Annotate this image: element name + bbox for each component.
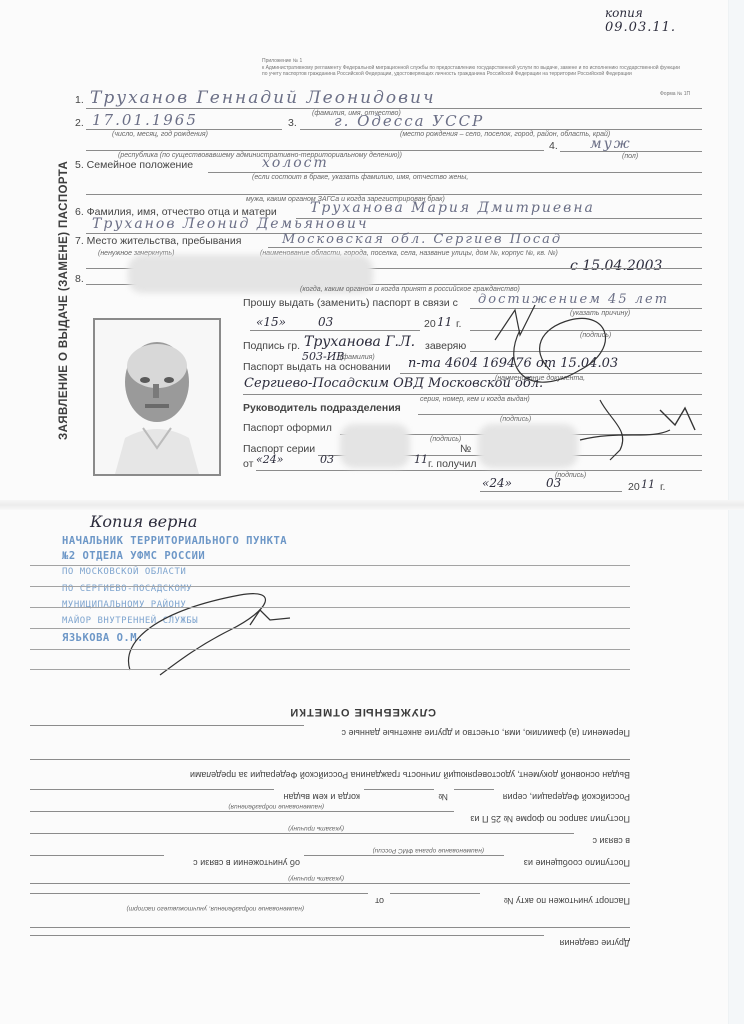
corner-note-date: 09.03.11.: [605, 20, 676, 35]
ruled-line: [30, 607, 630, 608]
field-5-marital-status[interactable]: холост: [262, 155, 329, 171]
request-year[interactable]: 11: [437, 315, 452, 329]
republic-hint: (республика (по существовавшему админист…: [118, 152, 402, 159]
field-5-label: 5. Семейное положение: [75, 159, 193, 171]
redacted-series: [340, 424, 410, 468]
field-8-number: 8.: [75, 273, 84, 285]
fms-hint: (наименование органа ФМС России): [373, 847, 484, 854]
field-3-number: 3.: [288, 117, 297, 129]
from-label: от: [243, 458, 253, 470]
destroyer-line: [30, 927, 630, 928]
issued-main-label: Выдан основной документ, удостоверяющий …: [190, 770, 630, 780]
act-from-line: [30, 893, 368, 894]
field-5-hint1: (если состоит в браке, указать фамилию, …: [252, 174, 468, 181]
request-date-month[interactable]: 03: [318, 315, 333, 329]
issued-by-hint: (подпись): [430, 436, 461, 443]
field-1-line: [86, 108, 702, 109]
issued-by-label: Паспорт оформил: [243, 422, 332, 434]
rf-number-line: [364, 789, 434, 790]
field-4-sex[interactable]: муж: [590, 136, 632, 152]
field-5-line2: [86, 194, 702, 195]
field-4-hint: (пол): [622, 153, 638, 160]
signature-name[interactable]: Труханова Г.Л.: [304, 334, 415, 350]
corner-note-copy: копия: [605, 6, 643, 20]
field-5-line: [208, 172, 702, 173]
head-label: Руководитель подразделения: [243, 402, 401, 414]
republic-line: [86, 150, 544, 151]
rf-when-label: когда и кем выдан: [284, 792, 360, 802]
act-from-label: от: [375, 896, 384, 906]
field-6-father[interactable]: Труханов Леонид Демьянович: [92, 216, 369, 232]
field-7-label: 7. Место жительства, пребывания: [75, 235, 241, 247]
field-3-birthplace[interactable]: г. Одесса УССР: [334, 112, 484, 130]
ruled-line: [30, 565, 630, 566]
stamp-line-3: ПО МОСКОВСКОЙ ОБЛАСТИ: [62, 567, 186, 577]
signature-scribbles-icon: [460, 290, 710, 490]
field-4-number: 4.: [549, 140, 558, 152]
received-date-line: [480, 491, 622, 492]
field-7-residence[interactable]: Московская обл. Сергиев Посад: [282, 232, 562, 247]
stamp-signature-icon: [120, 580, 300, 680]
field-7-since-date: с 15.04.2003: [570, 258, 662, 274]
ruled-line: [30, 586, 630, 587]
field-3-line: [300, 129, 702, 130]
in-connection-line: [30, 833, 574, 834]
request-date-day[interactable]: «15»: [256, 315, 286, 329]
reason-hint: (указать причину): [288, 825, 344, 832]
request-25p-label: Поступил запрос по форме № 25 П из: [470, 814, 630, 824]
reason-hint2: (указать причину): [288, 875, 344, 882]
reason-line2: [30, 883, 630, 884]
other-info-label: Другие сведения: [560, 938, 630, 948]
copy-certified-note: Копия верна: [90, 512, 197, 531]
changed-label: Переменил (а) фамилию, имя, отчество и д…: [341, 728, 630, 738]
field-2-hint: (число, месяц, год рождения): [112, 131, 208, 138]
applicant-photo: [93, 318, 221, 476]
signature-label: Подпись гр.: [243, 340, 300, 352]
changed-line2: [30, 759, 630, 760]
field-1-fullname[interactable]: Труханов Геннадий Леонидович: [90, 88, 436, 108]
field-6-mother[interactable]: Труханова Мария Дмитриевна: [310, 200, 595, 216]
from-day: «24»: [256, 453, 283, 466]
other-info-line: [30, 935, 544, 936]
destroyer-hint: (наименование подразделения, уничтоживше…: [126, 905, 304, 912]
ruled-line: [30, 649, 630, 650]
destroyed-act-label: Паспорт уничтожен по акту №: [504, 896, 630, 906]
surname-hint: (фамилия): [340, 354, 375, 361]
stamp-line-1: НАЧАЛЬНИК ТЕРРИТОРИАЛЬНОГО ПУНКТА: [62, 535, 287, 547]
field-2-number: 2.: [75, 117, 84, 129]
field-2-line: [86, 129, 282, 130]
message-from-label: Поступило сообщение из: [524, 858, 630, 868]
rf-series-line: [454, 789, 494, 790]
unit-hint: (наименование подразделения): [228, 803, 324, 810]
request-25p-line: [30, 811, 454, 812]
from-year: 11: [414, 453, 428, 466]
appendix-label: Приложение № 1: [262, 58, 302, 64]
rf-when-line: [30, 789, 274, 790]
in-connection-label: в связи с: [593, 836, 631, 846]
stamp-line-2: №2 ОТДЕЛА УФМС РОССИИ: [62, 550, 205, 562]
form-number: Форма № 1П: [660, 91, 690, 97]
from-month: 03: [320, 453, 334, 466]
changed-line: [30, 725, 304, 726]
destroyed-connection-label: об уничтожении в связи с: [193, 858, 300, 868]
ruled-line: [30, 628, 630, 629]
field-2-birthdate[interactable]: 17.01.1965: [92, 111, 198, 129]
basis-label: Паспорт выдать на основании: [243, 361, 391, 373]
rf-number-label: №: [438, 792, 448, 802]
field-4-line: [560, 151, 702, 152]
person-photo-icon: [95, 320, 219, 474]
destroyed-connection-line: [30, 855, 164, 856]
destroyed-act-line: [390, 893, 480, 894]
regulation-text: к Административному регламенту Федеральн…: [262, 65, 682, 77]
page-fold: [0, 500, 744, 510]
request-label: Прошу выдать (заменить) паспорт в связи …: [243, 297, 458, 309]
request-year-prefix: 20: [424, 318, 436, 330]
service-marks-title: СЛУЖЕБНЫЕ ОТМЕТКИ: [289, 706, 436, 718]
field-3-hint: (место рождения – село, поселок, город, …: [400, 131, 610, 138]
field-7-line: [268, 247, 702, 248]
service-marks-section: СЛУЖЕБНЫЕ ОТМЕТКИ Переменил (а) фамилию,…: [0, 670, 744, 970]
document-title: ЗАЯВЛЕНИЕ О ВЫДАЧЕ (ЗАМЕНЕ) ПАСПОРТА: [58, 161, 70, 440]
message-from-line: [304, 855, 504, 856]
field-1-number: 1.: [75, 94, 84, 106]
rf-series-label: Российской Федерации, серия: [503, 792, 630, 802]
request-date-line: [250, 330, 420, 331]
